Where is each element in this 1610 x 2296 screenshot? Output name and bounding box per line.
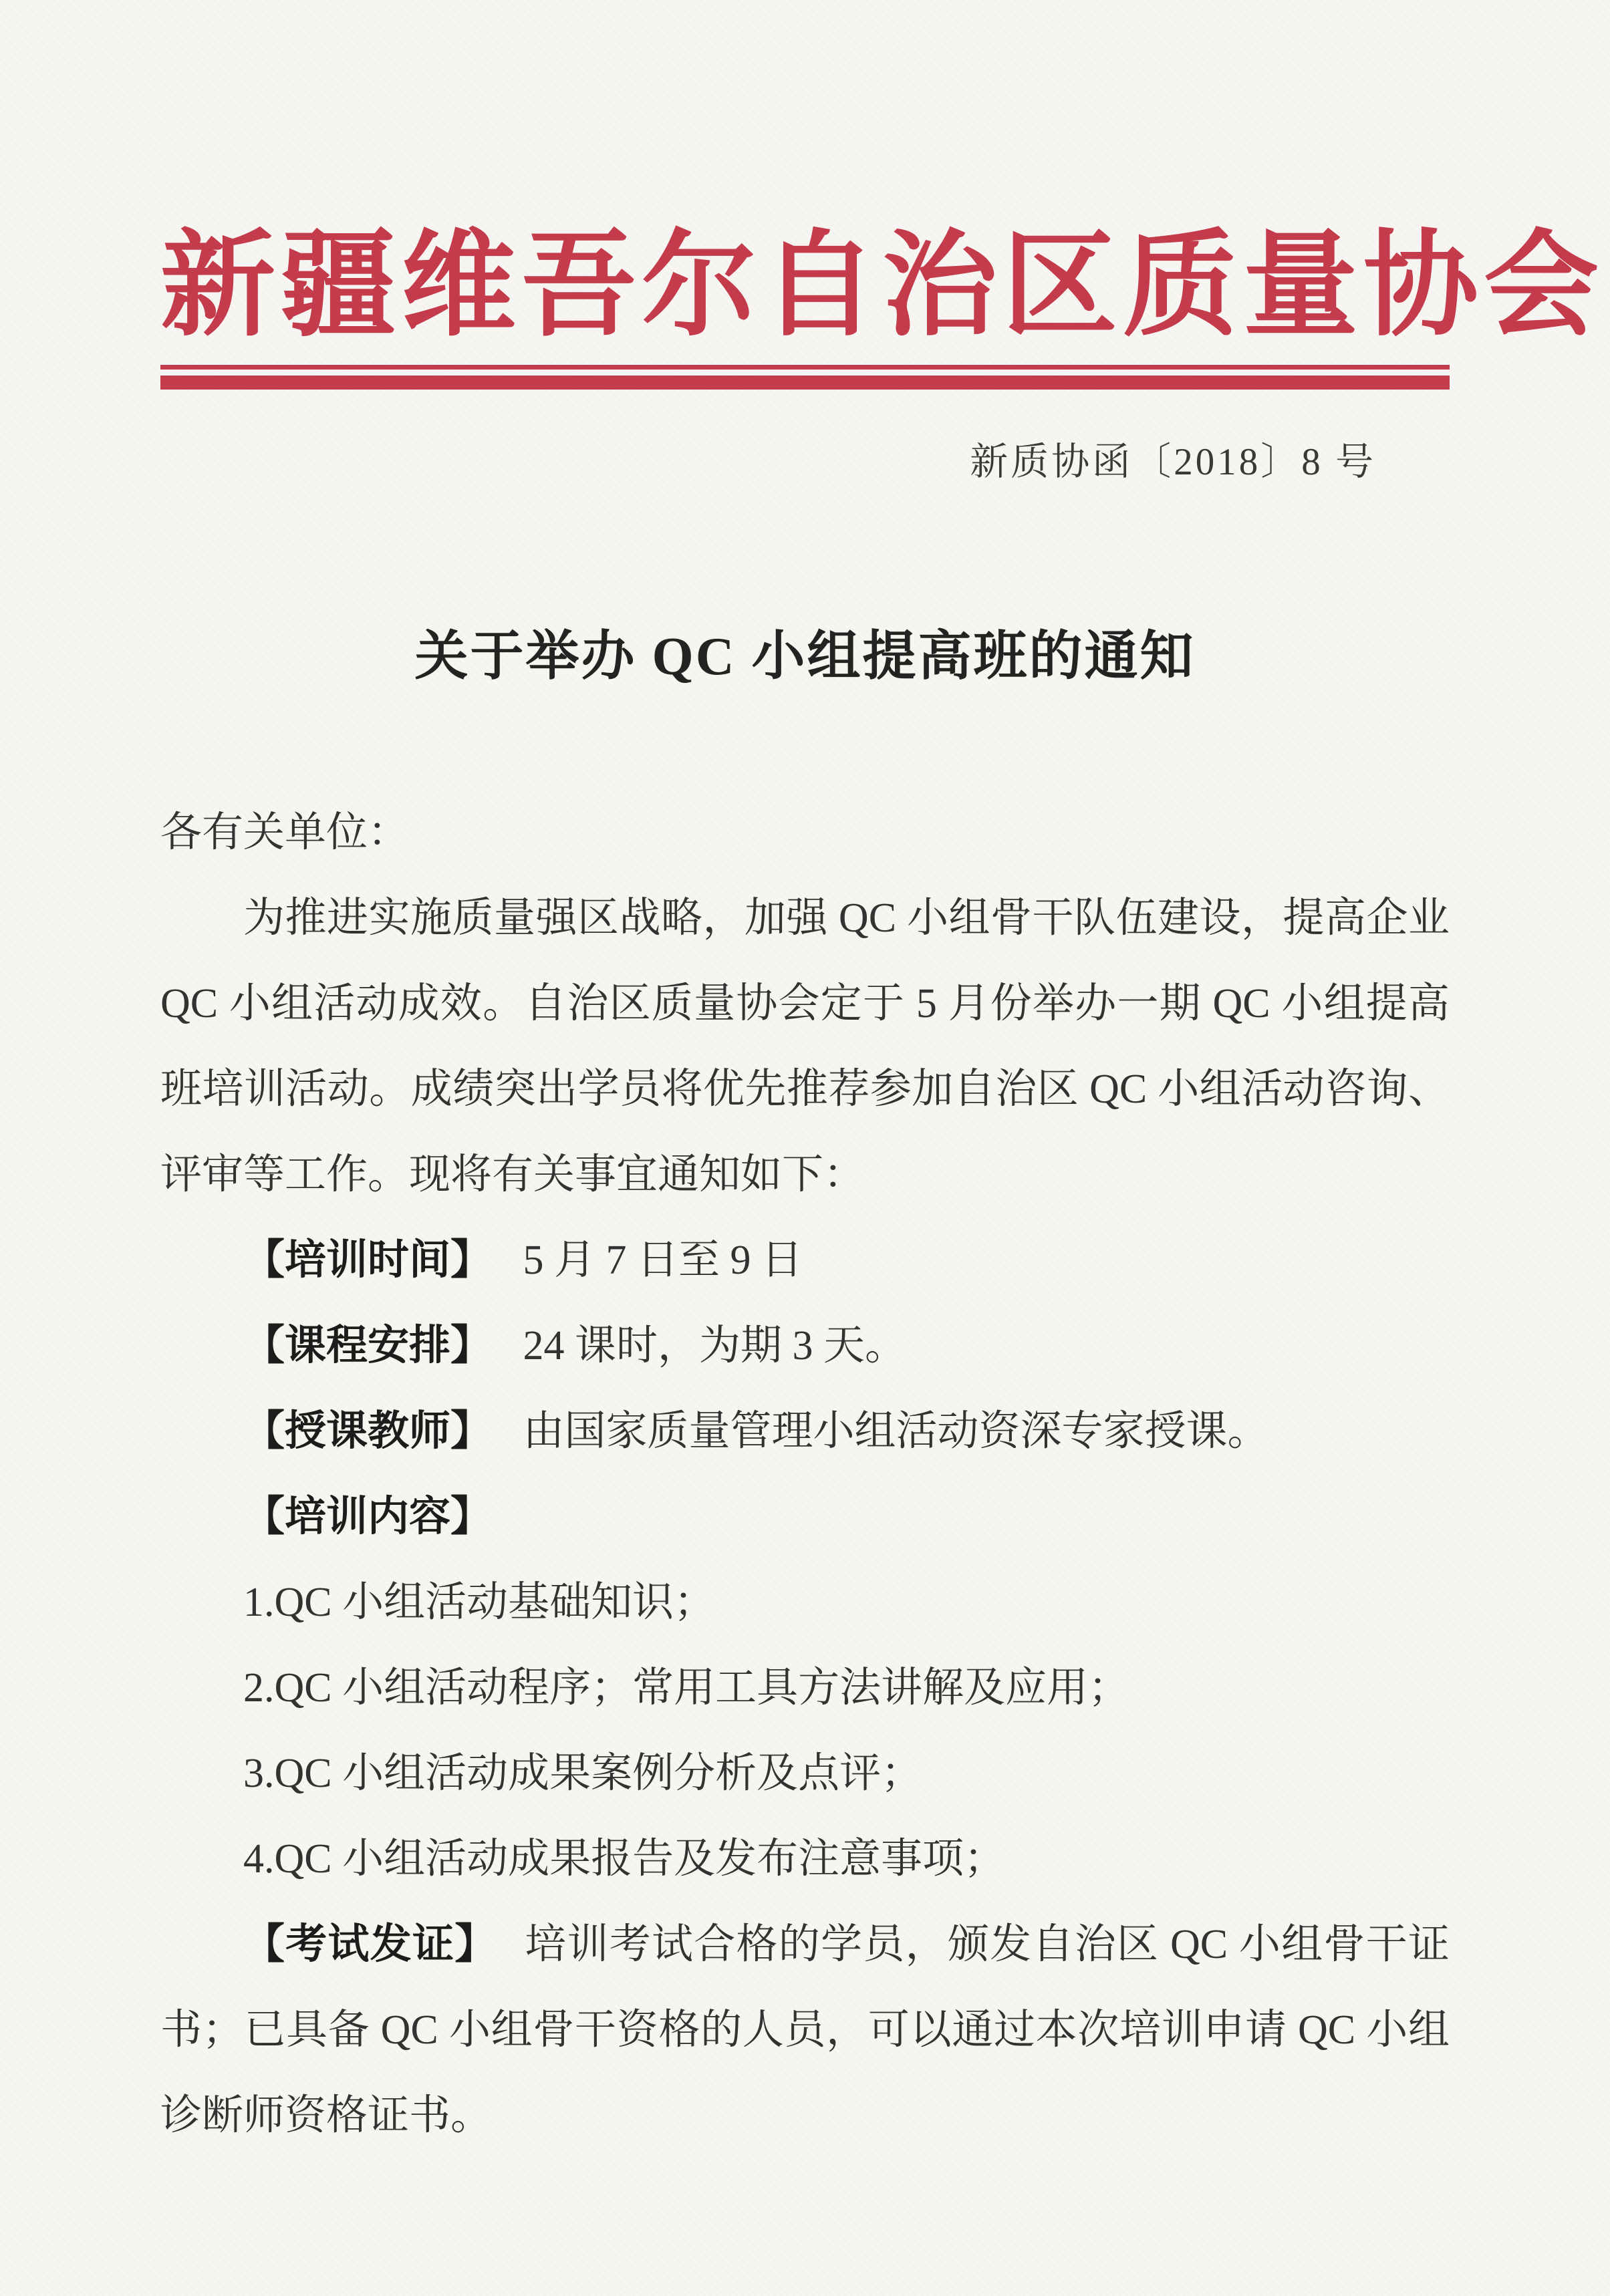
content-item-4: 4.QC 小组活动成果报告及发布注意事项； (160, 1816, 1450, 1902)
content-item-3: 3.QC 小组活动成果案例分析及点评； (160, 1731, 1450, 1816)
section-exam-certificate-label: 【考试发证】 (243, 1922, 497, 1967)
section-exam-certificate: 【考试发证】 培训考试合格的学员，颁发自治区 QC 小组骨干证书；已具备 QC … (160, 1902, 1450, 2158)
section-training-time-value: 5 月 7 日至 9 日 (523, 1238, 803, 1283)
section-instructors-value: 由国家质量管理小组活动资深专家授课。 (523, 1409, 1269, 1454)
section-instructors: 【授课教师】 由国家质量管理小组活动资深专家授课。 (160, 1389, 1450, 1474)
section-training-time-label: 【培训时间】 (243, 1238, 492, 1283)
org-name-heading: 新疆维吾尔自治区质量协会 (160, 221, 1450, 354)
section-training-content-label: 【培训内容】 (243, 1494, 492, 1540)
section-course-schedule-label: 【课程安排】 (243, 1323, 492, 1369)
section-course-schedule-value: 24 课时，为期 3 天。 (523, 1323, 907, 1369)
section-instructors-label: 【授课教师】 (243, 1409, 492, 1454)
letterhead-rule-thin (160, 365, 1450, 370)
content-item-2: 2.QC 小组活动程序；常用工具方法讲解及应用； (160, 1645, 1450, 1731)
scanned-notice-page: 新疆维吾尔自治区质量协会 新质协函〔2018〕8 号 关于举办 QC 小组提高班… (0, 0, 1610, 2296)
salutation: 各有关单位： (160, 790, 1450, 875)
intro-paragraph: 为推进实施质量强区战略，加强 QC 小组骨干队伍建设，提高企业 QC 小组活动成… (160, 875, 1450, 1217)
document-title: 关于举办 QC 小组提高班的通知 (160, 613, 1450, 690)
section-training-time: 【培训时间】 5 月 7 日至 9 日 (160, 1217, 1450, 1303)
content-item-1: 1.QC 小组活动基础知识； (160, 1560, 1450, 1645)
letterhead: 新疆维吾尔自治区质量协会 (160, 221, 1450, 390)
section-course-schedule: 【课程安排】 24 课时，为期 3 天。 (160, 1303, 1450, 1389)
document-body: 各有关单位： 为推进实施质量强区战略，加强 QC 小组骨干队伍建设，提高企业 Q… (160, 790, 1450, 2158)
document-number: 新质协函〔2018〕8 号 (160, 431, 1450, 486)
section-training-content: 【培训内容】 (160, 1474, 1450, 1560)
letterhead-rule-thick (160, 376, 1450, 390)
